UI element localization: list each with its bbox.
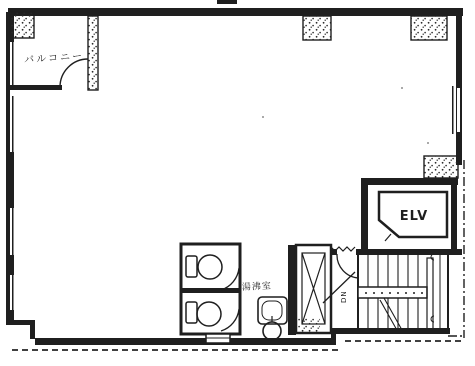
balcony-label: バルコニー [24,51,85,66]
toilet-block [181,244,240,343]
balcony-east-wall [88,16,98,90]
stair-south-wall [330,328,450,334]
elevator-north-wall [361,178,458,185]
shaft-x-mark [302,253,325,324]
floorplan-drawing: バルコニー 湯沸室 DN [0,0,475,366]
elevator-room: ELV [361,178,458,249]
staircase [330,249,462,345]
toilet-door-swing [221,268,239,290]
pillars [10,12,458,178]
elevator-label: ELV [400,209,428,224]
elevator-west-wall [361,185,368,249]
floorplan-page: バルコニー 湯沸室 DN [0,0,475,366]
pillar-northwest [10,12,34,38]
toilet-bowl [198,255,222,279]
toilet-door-swing [221,309,239,331]
elevator-east-wall [451,185,457,249]
stair-treads-upper [368,253,418,287]
south-wall [35,338,335,345]
toilet-tank [186,302,197,323]
balcony-south-wall [10,85,62,90]
scan-specks [262,87,429,144]
east-window [457,88,460,132]
pillar-north-center [303,16,331,40]
hall-door-swing [337,254,359,278]
top-edge-mark [217,0,237,4]
stair-direction-line [323,272,355,303]
stair-landing [358,287,427,298]
kitchenette-label: 湯沸室 [242,279,273,293]
kitchenette: 湯沸室 [242,279,287,340]
floor-hatch-patch [298,318,320,333]
toilet-bowl [197,302,221,326]
stair-hall: DN [323,247,359,303]
west-window [12,40,14,88]
west-window [12,206,14,260]
toilet-partition-wall [181,288,240,293]
elevator-door-mark [385,234,391,241]
west-window [12,270,14,316]
north-wall [8,8,463,16]
pipe-shaft [288,245,331,335]
pillar-northeast [411,16,447,40]
west-window [12,96,14,156]
stair-newel-wall [427,258,433,330]
stair-direction-label: DN [340,290,348,303]
toilet-tank [186,256,197,277]
stair-break-line [380,298,402,332]
pillar-east [424,156,458,178]
